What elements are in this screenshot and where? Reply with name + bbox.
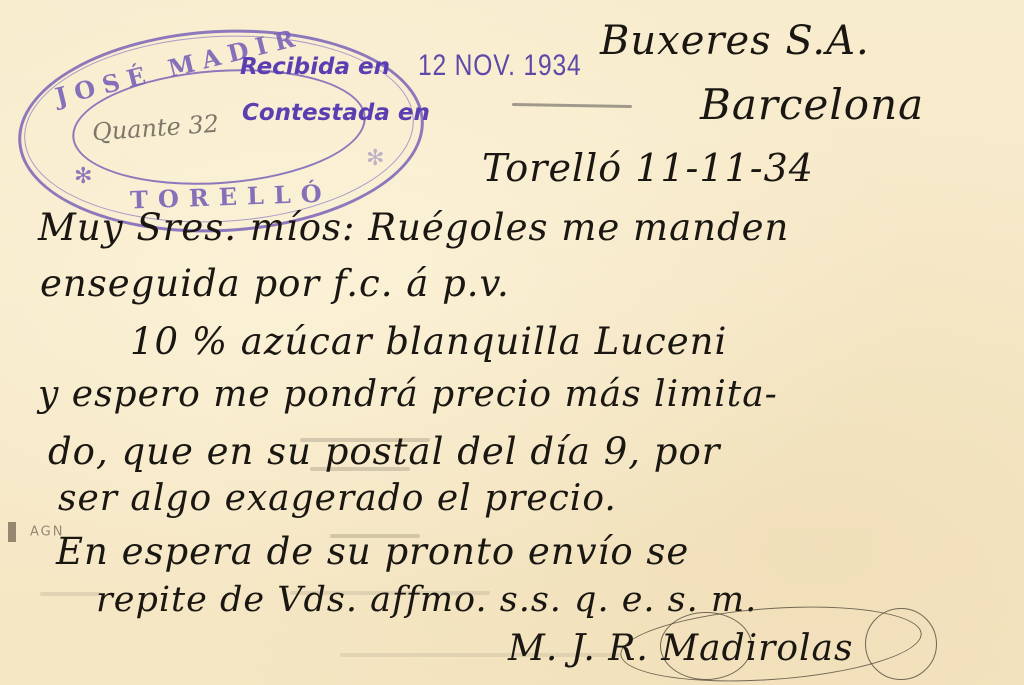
- postmark-fragment: AGN: [8, 522, 64, 542]
- postcard: JOSÉ MADIR TORELLÓ ✻ ✻ Quante 32 Recibid…: [0, 0, 1024, 685]
- star-ornament-icon: ✻: [366, 146, 384, 171]
- letter-line: y espero me pondrá precio más limita-: [38, 374, 778, 415]
- letter-line: do, que en su postal del día 9, por: [48, 430, 720, 473]
- received-label: Recibida en: [240, 54, 390, 80]
- received-date: 12 NOV. 1934: [418, 49, 581, 83]
- address-company: Buxeres S.A.: [600, 18, 870, 64]
- place-date: Torelló 11-11-34: [482, 146, 814, 190]
- letter-line: ser algo exagerado el precio.: [58, 478, 617, 519]
- address-city: Barcelona: [700, 80, 924, 129]
- answered-label: Contestada en: [242, 100, 430, 126]
- signature: M. J. R. Madirolas: [508, 628, 853, 669]
- letter-line: enseguida por f.c. á p.v.: [40, 262, 510, 305]
- letter-line: Muy Sres. míos: Ruégoles me manden: [38, 206, 789, 249]
- letter-line: 10 % azúcar blanquilla Luceni: [130, 320, 727, 363]
- postmark-bar: [8, 522, 16, 542]
- pencil-underline: [512, 103, 632, 108]
- signature-flourish: [865, 608, 937, 680]
- letter-line: En espera de su pronto envío se: [56, 530, 689, 573]
- offset-mark: [40, 592, 100, 596]
- postmark-text: AGN: [30, 525, 64, 540]
- star-ornament-icon: ✻: [74, 164, 92, 189]
- letter-line: repite de Vds. affmo. s.s. q. e. s. m.: [96, 580, 757, 620]
